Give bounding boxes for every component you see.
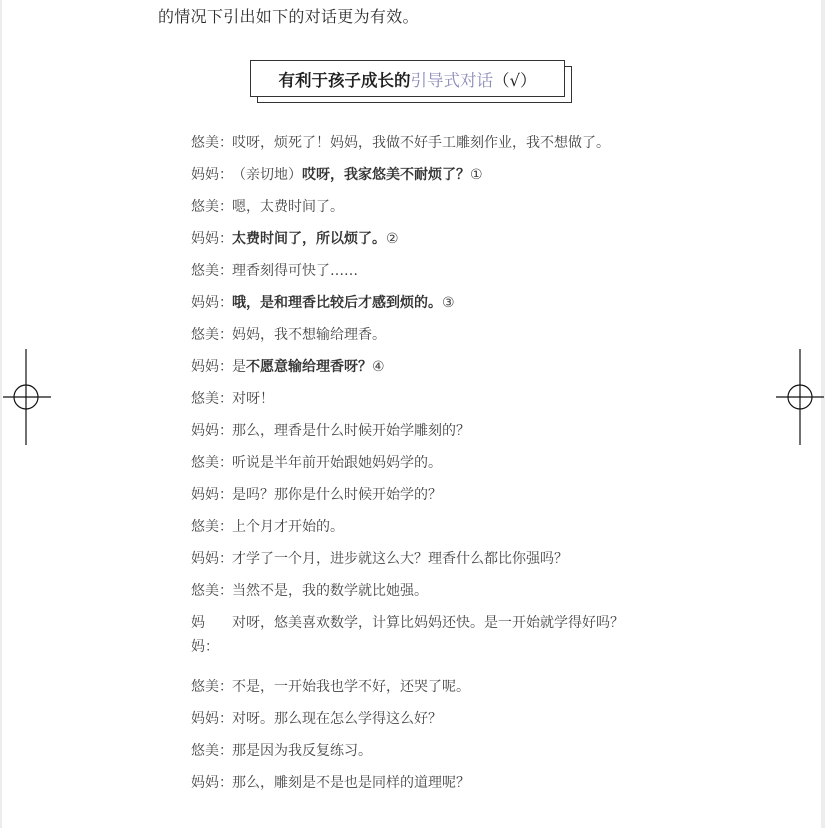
speaker: 悠美： <box>191 675 232 699</box>
speech: 那么，理香是什么时候开始学雕刻的？ <box>232 419 651 443</box>
speech-prefix: 是 <box>232 359 246 375</box>
speech: 对呀，悠美喜欢数学，计算比妈妈还快。是一开始就学得好吗？ <box>232 607 651 639</box>
dialogue-line: 悠美： 听说是半年前开始跟她妈妈学的。 <box>191 451 651 483</box>
dialogue-line: 悠美： 嗯，太费时间了。 <box>191 195 651 227</box>
speaker: 妈妈： <box>191 291 232 315</box>
title-prefix: 有利于孩子成长的 <box>278 67 410 91</box>
registration-mark-icon <box>776 349 826 445</box>
dialogue-line: 悠美： 妈妈，我不想输给理香。 <box>191 323 651 355</box>
footnote-marker: ③ <box>442 295 455 311</box>
speech: 听说是半年前开始跟她妈妈学的。 <box>232 451 651 475</box>
title-accent: 引导式对话 <box>410 67 493 91</box>
speaker: 妈妈： <box>191 771 232 795</box>
speech: （亲切地）哎呀，我家悠美不耐烦了？① <box>232 163 651 187</box>
speaker: 悠美： <box>191 387 232 411</box>
speech: 对呀！ <box>232 387 651 411</box>
speech: 是吗？那你是什么时候开始学的？ <box>232 483 651 507</box>
section-title: 有利于孩子成长的引导式对话（√） <box>250 60 565 97</box>
intro-paragraph: 的情况下引出如下的对话更为有效。 <box>158 4 419 27</box>
speech: 太费时间了，所以烦了。② <box>232 227 651 251</box>
dialogue-line: 妈妈： 那么，雕刻是不是也是同样的道理呢？ <box>191 771 651 803</box>
registration-mark-icon <box>1 349 51 445</box>
emphasis-text: 哎呀，我家悠美不耐烦了？ <box>302 167 470 183</box>
speech: 才学了一个月，进步就这么大？理香什么都比你强吗？ <box>232 547 651 571</box>
dialogue-line: 妈妈： 哦，是和理香比较后才感到烦的。③ <box>191 291 651 323</box>
speech: 那是因为我反复练习。 <box>232 739 651 763</box>
speaker: 妈妈： <box>191 163 232 187</box>
speaker: 妈妈： <box>191 611 232 659</box>
emphasis-text: 太费时间了，所以烦了。 <box>232 231 386 247</box>
speech: 嗯，太费时间了。 <box>232 195 651 219</box>
dialogue-line: 妈妈： 是吗？那你是什么时候开始学的？ <box>191 483 651 515</box>
dialogue-line: 妈妈： 太费时间了，所以烦了。② <box>191 227 651 259</box>
speech: 是不愿意输给理香呀？④ <box>232 355 651 379</box>
dialogue-line: 妈妈： 才学了一个月，进步就这么大？理香什么都比你强吗？ <box>191 547 651 579</box>
speech: 当然不是，我的数学就比她强。 <box>232 579 651 603</box>
speech: 对呀。那么现在怎么学得这么好？ <box>232 707 651 731</box>
speaker: 悠美： <box>191 323 232 347</box>
dialogue-line: 妈妈： 那么，理香是什么时候开始学雕刻的？ <box>191 419 651 451</box>
dialogue-line: 悠美： 上个月才开始的。 <box>191 515 651 547</box>
speaker: 妈妈： <box>191 707 232 731</box>
dialogue-line: 妈妈： （亲切地）哎呀，我家悠美不耐烦了？① <box>191 163 651 195</box>
speaker: 悠美： <box>191 515 232 539</box>
dialogue: 悠美： 哎呀，烦死了！妈妈，我做不好手工雕刻作业，我不想做了。 妈妈： （亲切地… <box>191 131 651 803</box>
dialogue-line: 妈妈： 对呀。那么现在怎么学得这么好？ <box>191 707 651 739</box>
speaker: 悠美： <box>191 739 232 763</box>
speaker: 妈妈： <box>191 355 232 379</box>
speaker: 悠美： <box>191 579 232 603</box>
dialogue-line: 悠美： 那是因为我反复练习。 <box>191 739 651 771</box>
speaker: 妈妈： <box>191 227 232 251</box>
speech: 不是，一开始我也学不好，还哭了呢。 <box>232 675 651 699</box>
speaker: 悠美： <box>191 195 232 219</box>
speaker: 妈妈： <box>191 419 232 443</box>
dialogue-line: 悠美： 对呀！ <box>191 387 651 419</box>
emphasis-text: 哦，是和理香比较后才感到烦的。 <box>232 295 442 311</box>
speaker: 妈妈： <box>191 547 232 571</box>
stage-direction: （亲切地） <box>232 167 302 183</box>
dialogue-line: 妈妈： 是不愿意输给理香呀？④ <box>191 355 651 387</box>
footnote-marker: ④ <box>372 359 385 375</box>
dialogue-line: 悠美： 哎呀，烦死了！妈妈，我做不好手工雕刻作业，我不想做了。 <box>191 131 651 163</box>
speaker: 悠美： <box>191 259 232 283</box>
speech: 理香刻得可快了…… <box>232 259 651 283</box>
speech: 那么，雕刻是不是也是同样的道理呢？ <box>232 771 651 795</box>
speaker: 妈妈： <box>191 483 232 507</box>
dialogue-line: 悠美： 不是，一开始我也学不好，还哭了呢。 <box>191 675 651 707</box>
emphasis-text: 不愿意输给理香呀？ <box>246 359 372 375</box>
dialogue-line: 妈妈： 对呀，悠美喜欢数学，计算比妈妈还快。是一开始就学得好吗？ <box>191 611 651 675</box>
speech: 上个月才开始的。 <box>232 515 651 539</box>
speech: 哎呀，烦死了！妈妈，我做不好手工雕刻作业，我不想做了。 <box>232 131 651 155</box>
speech: 妈妈，我不想输给理香。 <box>232 323 651 347</box>
footnote-marker: ① <box>470 167 483 183</box>
speech: 哦，是和理香比较后才感到烦的。③ <box>232 291 651 315</box>
footnote-marker: ② <box>386 231 399 247</box>
dialogue-line: 悠美： 理香刻得可快了…… <box>191 259 651 291</box>
check-mark: （√） <box>493 67 537 91</box>
speaker: 悠美： <box>191 131 232 155</box>
speaker: 悠美： <box>191 451 232 475</box>
